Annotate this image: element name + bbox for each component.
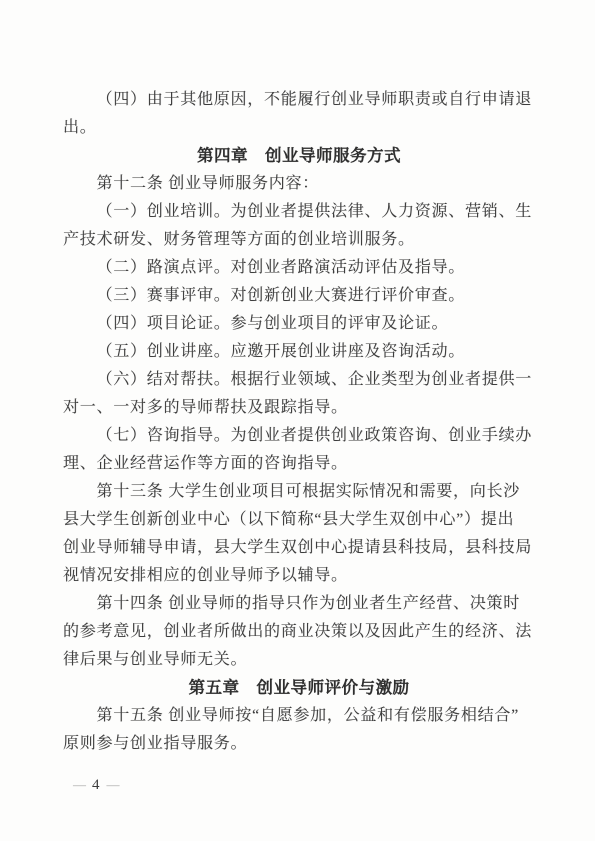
text-line: （六）结对帮扶。根据行业领域、企业类型为创业者提供一 (63, 366, 535, 394)
text-line: 出。 (63, 114, 535, 142)
text-line: 律后果与创业导师无关。 (63, 646, 535, 674)
text-line: 县大学生创新创业中心（以下简称“县大学生双创中心”）提出 (63, 506, 535, 534)
footer-dash-right: — (107, 771, 119, 799)
text-line: （一）创业培训。为创业者提供法律、人力资源、营销、生 (63, 198, 535, 226)
page-footer: — 4 — (73, 771, 119, 799)
text-line: （二）路演点评。对创业者路演活动评估及指导。 (63, 254, 535, 282)
text-line: 第十三条 大学生创业项目可根据实际情况和需要，向长沙 (63, 478, 535, 506)
text-line: 第十五条 创业导师按“自愿参加，公益和有偿服务相结合” (63, 702, 535, 730)
text-line: 对一、一对多的导师帮扶及跟踪指导。 (63, 394, 535, 422)
text-line: 视情况安排相应的创业导师予以辅导。 (63, 562, 535, 590)
text-line: （四）由于其他原因，不能履行创业导师职责或自行申请退 (63, 86, 535, 114)
document-body: （四）由于其他原因，不能履行创业导师职责或自行申请退出。第四章 创业导师服务方式… (63, 86, 535, 758)
text-line: 创业导师辅导申请，县大学生双创中心提请县科技局，县科技局 (63, 534, 535, 562)
chapter-heading: 第五章 创业导师评价与激励 (63, 674, 535, 702)
text-line: 原则参与创业指导服务。 (63, 730, 535, 758)
page-number: 4 (85, 771, 107, 799)
text-line: 第十二条 创业导师服务内容： (63, 170, 535, 198)
document-page: （四）由于其他原因，不能履行创业导师职责或自行申请退出。第四章 创业导师服务方式… (0, 0, 595, 841)
text-line: 理、企业经营运作等方面的咨询指导。 (63, 450, 535, 478)
text-line: 产技术研发、财务管理等方面的创业培训服务。 (63, 226, 535, 254)
text-line: （四）项目论证。参与创业项目的评审及论证。 (63, 310, 535, 338)
footer-dash-left: — (73, 771, 85, 799)
text-line: （五）创业讲座。应邀开展创业讲座及咨询活动。 (63, 338, 535, 366)
text-line: 的参考意见，创业者所做出的商业决策以及因此产生的经济、法 (63, 618, 535, 646)
text-line: （三）赛事评审。对创新创业大赛进行评价审查。 (63, 282, 535, 310)
text-line: 第十四条 创业导师的指导只作为创业者生产经营、决策时 (63, 590, 535, 618)
chapter-heading: 第四章 创业导师服务方式 (63, 142, 535, 170)
text-line: （七）咨询指导。为创业者提供创业政策咨询、创业手续办 (63, 422, 535, 450)
